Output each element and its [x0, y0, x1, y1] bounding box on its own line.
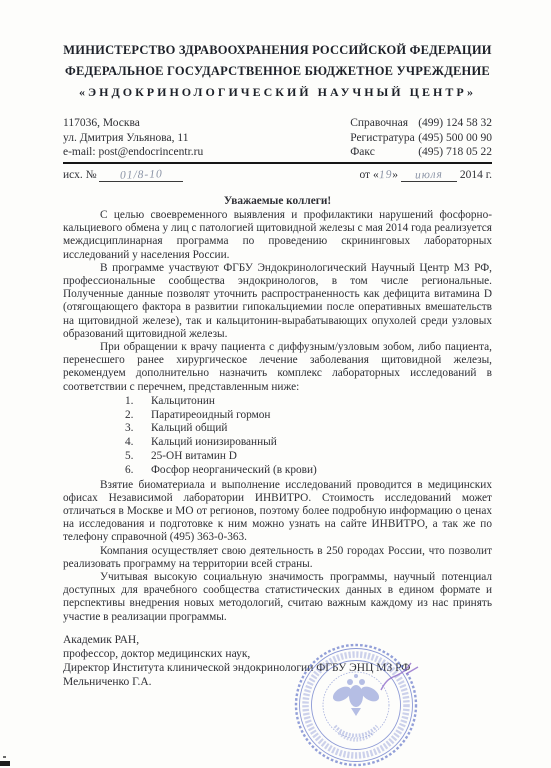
letter-body: Уважаемые коллеги! С целью своевременног… — [63, 195, 492, 624]
list-item: 3. Кальций общий — [125, 422, 492, 436]
scan-artifact-mark — [0, 761, 10, 766]
outgoing-number-handwritten: 01/8-10 — [120, 168, 163, 181]
date-month-underline: июля — [401, 169, 457, 182]
list-item-number: 5. — [125, 450, 139, 464]
date-prefix: от « — [359, 169, 378, 181]
body-paragraph: Взятие биоматериала и выполнение исследо… — [63, 479, 492, 545]
phone-label: Справочная — [350, 116, 414, 131]
scan-artifact-dot — [3, 756, 6, 758]
body-paragraph: Компания осуществляет свою деятельность … — [63, 545, 492, 571]
list-item: 4. Кальций ионизированный — [125, 436, 492, 450]
reference-line: исх. № 01/8-10 от «19» июля2014 г. — [63, 169, 492, 182]
signer-name: Мельниченко Г.А. — [63, 675, 492, 689]
date-field: от «19» июля2014 г. — [359, 169, 492, 182]
signer-title: Академик РАН, — [63, 633, 492, 647]
phone-label: Регистратура — [350, 131, 414, 146]
body-paragraph: Учитывая высокую социальную значимость п… — [63, 571, 492, 624]
address-line: e-mail: post@endocrincentr.ru — [63, 145, 203, 160]
phone-list: Справочная (499) 124 58 32 Регистратура … — [350, 116, 492, 160]
phone-number: (495) 718 05 22 — [418, 145, 492, 160]
list-item: 5. 25-ОН витамин D — [125, 450, 492, 464]
address-line: ул. Дмитрия Ульянова, 11 — [63, 131, 203, 146]
ministry-name: МИНИСТЕРСТВО ЗДРАВООХРАНЕНИЯ РОССИЙСКОЙ … — [63, 43, 492, 57]
postal-address: 117036, Москва ул. Дмитрия Ульянова, 11 … — [63, 116, 203, 160]
header-divider — [63, 162, 492, 164]
list-item-number: 3. — [125, 422, 139, 436]
list-item: 1. Кальцитонин — [125, 395, 492, 409]
list-item-label: Фосфор неорганический (в крови) — [151, 464, 317, 478]
outgoing-number-field: исх. № 01/8-10 — [63, 169, 183, 182]
list-item: 6. Фосфор неорганический (в крови) — [125, 464, 492, 478]
list-item-label: Паратиреоидный гормон — [151, 409, 270, 423]
pen-signature-flourish — [378, 658, 424, 694]
stamp-eagle-emblem — [330, 674, 381, 716]
list-item-number: 2. — [125, 409, 139, 423]
list-item-number: 4. — [125, 436, 139, 450]
date-close-quote: » — [392, 169, 398, 181]
body-paragraph: При обращении к врачу пациента с диффузн… — [63, 341, 492, 394]
list-item-number: 6. — [125, 464, 139, 478]
signer-title: профессор, доктор медицинских наук, — [63, 647, 492, 661]
lab-tests-list: 1. Кальцитонин 2. Паратиреоидный гормон … — [125, 395, 492, 478]
list-item: 2. Паратиреоидный гормон — [125, 409, 492, 423]
salutation: Уважаемые коллеги! — [63, 195, 492, 208]
list-item-label: Кальций ионизированный — [151, 436, 277, 450]
date-month-handwritten: июля — [415, 168, 443, 181]
signature-block: Академик РАН, профессор, доктор медицинс… — [63, 633, 492, 690]
phone-number: (495) 500 00 90 — [418, 131, 492, 146]
outgoing-number-underline: 01/8-10 — [99, 169, 183, 182]
institution-name: «ЭНДОКРИНОЛОГИЧЕСКИЙ НАУЧНЫЙ ЦЕНТР» — [63, 85, 492, 99]
letter-page: МИНИСТЕРСТВО ЗДРАВООХРАНЕНИЯ РОССИЙСКОЙ … — [0, 0, 551, 768]
list-item-number: 1. — [125, 395, 139, 409]
list-item-label: Кальций общий — [151, 422, 227, 436]
list-item-label: Кальцитонин — [151, 395, 215, 409]
list-item-label: 25-ОН витамин D — [151, 450, 237, 464]
outgoing-label: исх. № — [63, 169, 97, 181]
institution-type: ФЕДЕРАЛЬНОЕ ГОСУДАРСТВЕННОЕ БЮДЖЕТНОЕ УЧ… — [63, 64, 492, 78]
phone-number: (499) 124 58 32 — [418, 116, 492, 131]
signer-title: Директор Института клинической эндокрино… — [63, 661, 492, 675]
body-paragraph: В программе участвуют ФГБУ Эндокринологи… — [63, 262, 492, 341]
letterhead: МИНИСТЕРСТВО ЗДРАВООХРАНЕНИЯ РОССИЙСКОЙ … — [63, 43, 492, 99]
address-line: 117036, Москва — [63, 116, 203, 131]
contact-block: 117036, Москва ул. Дмитрия Ульянова, 11 … — [63, 116, 492, 160]
body-paragraph: С целью своевременного выявления и профи… — [63, 209, 492, 262]
date-day-handwritten: 19 — [378, 169, 392, 181]
phone-label: Факс — [350, 145, 414, 160]
date-year: 2014 г. — [460, 169, 492, 181]
